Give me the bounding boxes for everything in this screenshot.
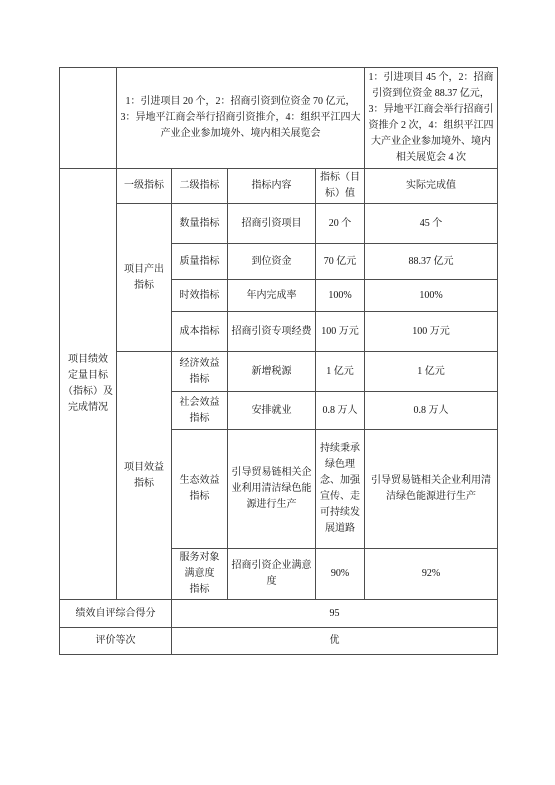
satisfaction-actual-cell: 92% [365, 549, 498, 600]
economic-actual-cell: 1 亿元 [365, 352, 498, 392]
grade-label-cell: 评价等次 [60, 628, 172, 655]
header-level2-cell: 二级指标 [172, 169, 228, 204]
social-content-cell: 安排就业 [228, 392, 316, 430]
score-row: 绩效自评综合得分 95 [60, 600, 498, 628]
social-level2-cell: 社会效益 指标 [172, 392, 228, 430]
satisfaction-level2-cell: 服务对象 满意度 指标 [172, 549, 228, 600]
group-benefit-cell: 项目效益 指标 [117, 352, 172, 600]
document-page: 1：引进项目 20 个，2：招商引资到位资金 70 亿元，3：异地平江商会举行招… [0, 0, 555, 785]
section-label-cell: 项目绩效 定量目标 （指标）及 完成情况 [60, 169, 117, 600]
performance-table: 1：引进项目 20 个，2：招商引资到位资金 70 亿元，3：异地平江商会举行招… [59, 67, 498, 655]
quality-content-cell: 到位资金 [228, 244, 316, 280]
quality-level2-cell: 质量指标 [172, 244, 228, 280]
cost-content-cell: 招商引资专项经费 [228, 312, 316, 352]
grade-row: 评价等次 优 [60, 628, 498, 655]
cost-actual-cell: 100 万元 [365, 312, 498, 352]
quality-actual-cell: 88.37 亿元 [365, 244, 498, 280]
social-target-cell: 0.8 万人 [316, 392, 365, 430]
header-content-cell: 指标内容 [228, 169, 316, 204]
ecological-actual-cell: 引导贸易链相关企业利用清洁绿色能源进行生产 [365, 430, 498, 549]
cost-target-cell: 100 万元 [316, 312, 365, 352]
score-label-cell: 绩效自评综合得分 [60, 600, 172, 628]
quantity-target-cell: 20 个 [316, 204, 365, 244]
quantity-actual-cell: 45 个 [365, 204, 498, 244]
cost-level2-cell: 成本指标 [172, 312, 228, 352]
satisfaction-content-cell: 招商引资企业满意度 [228, 549, 316, 600]
group-output-cell: 项目产出 指标 [117, 204, 172, 352]
satisfaction-target-cell: 90% [316, 549, 365, 600]
timeliness-target-cell: 100% [316, 280, 365, 312]
ecological-level2-cell: 生态效益 指标 [172, 430, 228, 549]
economic-content-cell: 新增税源 [228, 352, 316, 392]
economic-row: 项目效益 指标 经济效益 指标 新增税源 1 亿元 1 亿元 [60, 352, 498, 392]
quality-target-cell: 70 亿元 [316, 244, 365, 280]
continuation-actual-cell: 1：引进项目 45 个，2：招商引资到位资金 88.37 亿元，3：异地平江商会… [365, 68, 498, 169]
header-level1-cell: 一级指标 [117, 169, 172, 204]
quantity-row: 项目产出 指标 数量指标 招商引资项目 20 个 45 个 [60, 204, 498, 244]
economic-level2-cell: 经济效益 指标 [172, 352, 228, 392]
continuation-row: 1：引进项目 20 个，2：招商引资到位资金 70 亿元，3：异地平江商会举行招… [60, 68, 498, 169]
ecological-target-cell: 持续秉承绿色理念、加强宣传、走可持续发展道路 [316, 430, 365, 549]
header-target-cell: 指标（目 标）值 [316, 169, 365, 204]
grade-value-cell: 优 [172, 628, 498, 655]
score-value-cell: 95 [172, 600, 498, 628]
economic-target-cell: 1 亿元 [316, 352, 365, 392]
header-row: 项目绩效 定量目标 （指标）及 完成情况 一级指标 二级指标 指标内容 指标（目… [60, 169, 498, 204]
header-actual-cell: 实际完成值 [365, 169, 498, 204]
quantity-level2-cell: 数量指标 [172, 204, 228, 244]
empty-cell [60, 68, 117, 169]
social-actual-cell: 0.8 万人 [365, 392, 498, 430]
timeliness-level2-cell: 时效指标 [172, 280, 228, 312]
timeliness-actual-cell: 100% [365, 280, 498, 312]
quantity-content-cell: 招商引资项目 [228, 204, 316, 244]
continuation-target-cell: 1：引进项目 20 个，2：招商引资到位资金 70 亿元，3：异地平江商会举行招… [117, 68, 365, 169]
timeliness-content-cell: 年内完成率 [228, 280, 316, 312]
ecological-content-cell: 引导贸易链相关企业利用清洁绿色能源进行生产 [228, 430, 316, 549]
